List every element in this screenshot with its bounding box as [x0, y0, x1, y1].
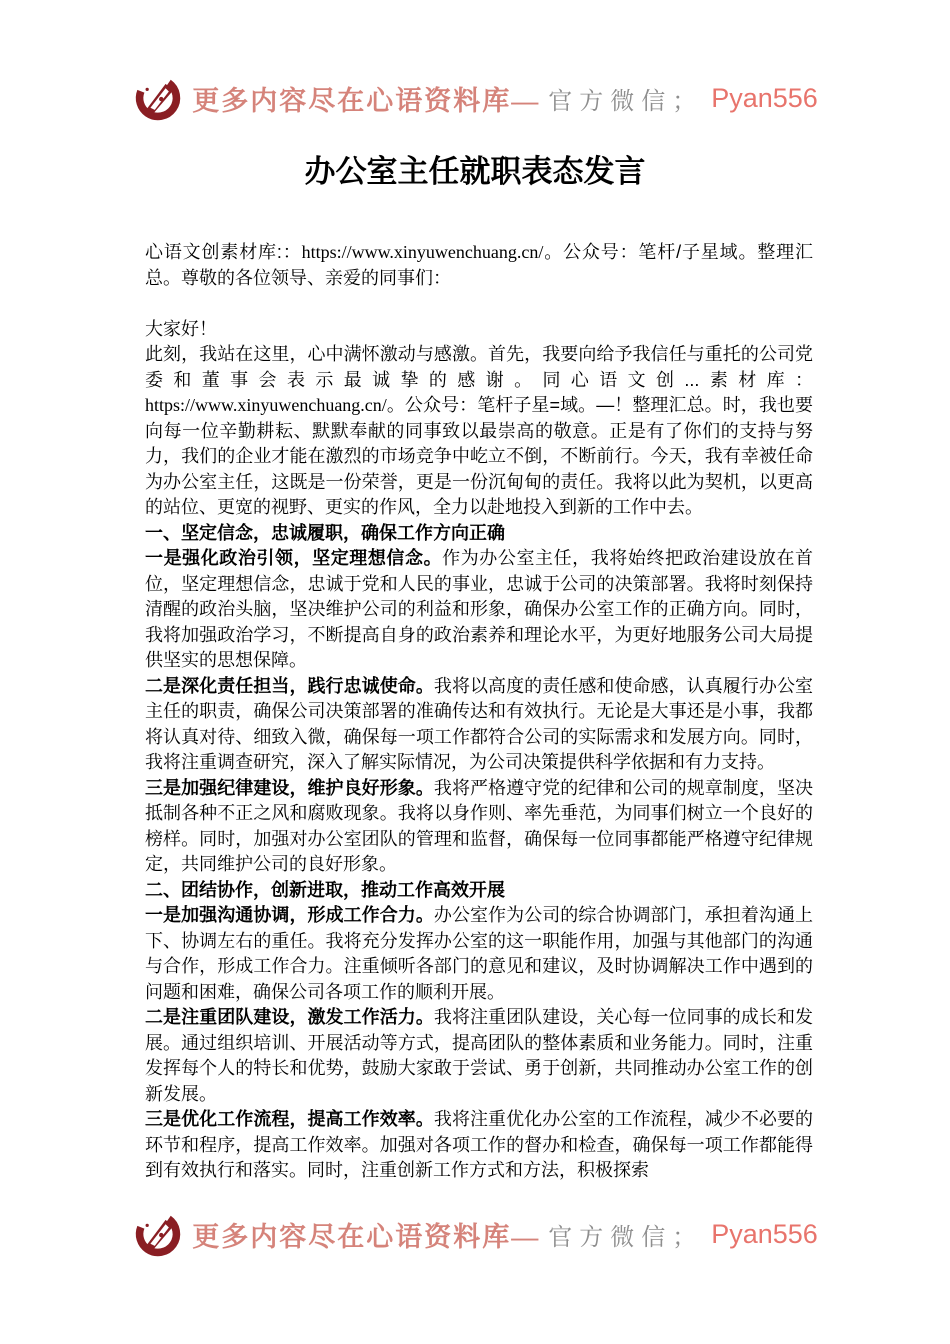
- watermark-wechat-id: Pyan556: [711, 1219, 818, 1250]
- watermark-brand-text: 更多内容尽在心语资料库—: [192, 79, 540, 118]
- text-run: 此刻，我站在这里，心中满怀激动与感激。首先，我要向给予我信任与重托的公司党委和董…: [145, 344, 813, 390]
- paragraph: 三是加强纪律建设，维护良好形象。我将严格遵守党的纪律和公司的规章制度，坚决抵制各…: [145, 776, 813, 878]
- text-run: 一是强化政治引领，坚定理想信念。: [145, 548, 442, 568]
- paragraph: 一是强化政治引领，坚定理想信念。作为办公室主任，我将始终把政治建设放在首位，坚定…: [145, 546, 813, 674]
- watermark-wechat-label: 官方微信；: [548, 1217, 703, 1252]
- text-run: 二是注重团队建设，激发工作活力。: [145, 1007, 434, 1027]
- paragraph: 二是注重团队建设，激发工作活力。我将注重团队建设，关心每一位同事的成长和发展。通…: [145, 1005, 813, 1107]
- watermark-wechat-id: Pyan556: [711, 83, 818, 114]
- paragraph: 此刻，我站在这里，心中满怀激动与感激。首先，我要向给予我信任与重托的公司党委和董…: [145, 342, 813, 521]
- text-run: 心语文创素材库:：: [145, 242, 302, 262]
- footer-watermark: 更多内容尽在心语资料库— 官方微信； Pyan556: [0, 1208, 950, 1260]
- pen-nib-logo-icon: [132, 72, 184, 124]
- header-watermark: 更多内容尽在心语资料库— 官方微信； Pyan556: [0, 72, 950, 124]
- text-run: 三是优化工作流程，提高工作效率。: [145, 1109, 434, 1129]
- section-heading: 二、团结协作，创新进取，推动工作高效开展: [145, 878, 813, 904]
- document-body: 心语文创素材库:：https://www.xinyuwenchuang.cn/。…: [145, 240, 813, 1184]
- watermark-brand-text: 更多内容尽在心语资料库—: [192, 1215, 540, 1254]
- paragraph: 大家好！: [145, 317, 813, 343]
- text-run: 二是深化责任担当，践行忠诚使命。: [145, 676, 434, 696]
- text-run: 二、团结协作，创新进取，推动工作高效开展: [145, 880, 505, 900]
- text-run: 一、坚定信念，忠诚履职，确保工作方向正确: [145, 523, 505, 543]
- paragraph: 一是加强沟通协调，形成工作合力。办公室作为公司的综合协调部门，承担着沟通上下、协…: [145, 903, 813, 1005]
- text-run: https://www.xinyuwenchuang.cn/: [302, 242, 544, 262]
- watermark-wechat-label: 官方微信；: [548, 81, 703, 116]
- page-title: 办公室主任就职表态发言: [0, 146, 950, 191]
- paragraph-gap: [145, 291, 813, 317]
- document-page: 更多内容尽在心语资料库— 官方微信； Pyan556 办公室主任就职表态发言 心…: [0, 0, 950, 1344]
- paragraph: 心语文创素材库:：https://www.xinyuwenchuang.cn/。…: [145, 240, 813, 291]
- pen-nib-logo-icon: [132, 1208, 184, 1260]
- paragraph: 二是深化责任担当，践行忠诚使命。我将以高度的责任感和使命感，认真履行办公室主任的…: [145, 674, 813, 776]
- text-run: https://www.xinyuwenchuang.cn/: [145, 395, 387, 415]
- text-run: 大家好！: [145, 319, 217, 339]
- text-run: 三是加强纪律建设，维护良好形象。: [145, 778, 434, 798]
- paragraph: 三是优化工作流程，提高工作效率。我将注重优化办公室的工作流程，减少不必要的环节和…: [145, 1107, 813, 1184]
- section-heading: 一、坚定信念，忠诚履职，确保工作方向正确: [145, 521, 813, 547]
- text-run: 一是加强沟通协调，形成工作合力。: [145, 905, 434, 925]
